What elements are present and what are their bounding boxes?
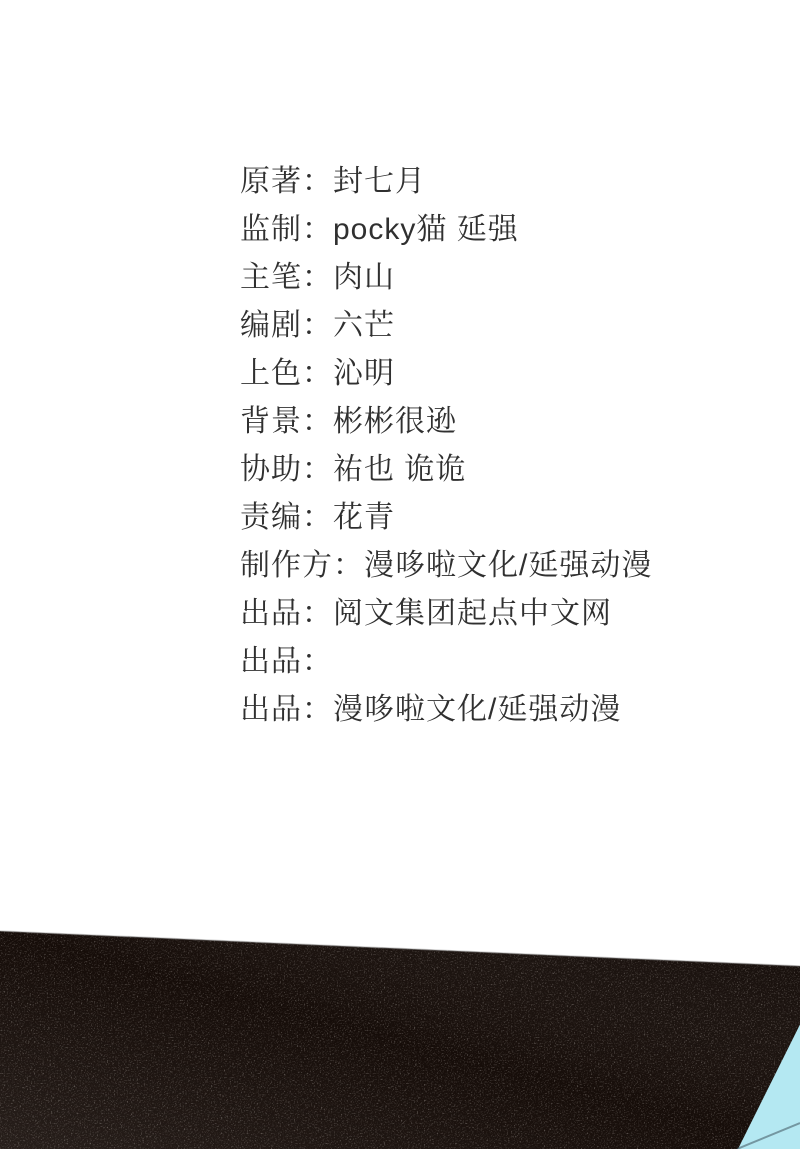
panel-noise-texture [0,900,800,1149]
credit-line-production: 制作方：漫哆啦文化/延强动漫 [240,542,760,590]
credit-line-publisher-1: 出品：阅文集团起点中文网 [240,590,760,638]
credit-line-background: 背景：彬彬很逊 [240,398,760,446]
credit-line-publisher-3: 出品：漫哆啦文化/延强动漫 [240,686,760,734]
comic-panel [0,900,800,1149]
credit-line-supervisor: 监制：pocky猫 延强 [240,206,760,254]
credit-line-original-author: 原著：封七月 [240,158,760,206]
credit-line-screenwriter: 编剧：六芒 [240,302,760,350]
credit-line-publisher-2: 出品： [240,638,760,686]
credits-block: 原著：封七月 监制：pocky猫 延强 主笔：肉山 编剧：六芒 上色：沁明 背景… [240,158,760,734]
credit-line-assistants: 协助：祐也 诡诡 [240,446,760,494]
credit-line-editor: 责编：花青 [240,494,760,542]
comic-page: 原著：封七月 监制：pocky猫 延强 主笔：肉山 编剧：六芒 上色：沁明 背景… [0,0,800,1149]
credit-line-colorist: 上色：沁明 [240,350,760,398]
credit-line-lead-artist: 主笔：肉山 [240,254,760,302]
